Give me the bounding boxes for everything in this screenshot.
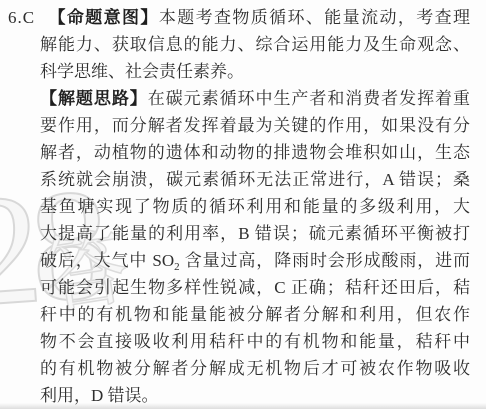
text-line: 可能会引起生物多样性锐减，C 正确；秸秆还田后，秸 [40,274,470,301]
line-text: 本题考查物质循环、能量流动，考查理 [159,8,470,27]
text-line: 科学思维、社会责任素养。 [40,58,470,85]
line-text: 破后，大气中 SO [40,251,174,270]
section-label-intent: 【命题意图】 [47,8,159,27]
line-text: 物不会直接吸收利用秸秆中的有机物和能量，秸秆中 [40,332,470,351]
line-text: 基鱼塘实现了物质的循环利用和能量的多级利用，大 [40,197,470,216]
text-line: 破后，大气中 SO2 含量过高，降雨时会形成酸雨，进而 [40,247,470,274]
text-line: 6.C【命题意图】本题考查物质循环、能量流动，考查理 [8,4,470,31]
scanned-answer-page: 28 答 6.C【命题意图】本题考查物质循环、能量流动，考查理 解能力、获取信息… [0,0,486,409]
line-text: 系统就会崩溃，碳元素循环无法正常进行，A 错误；桑 [40,170,470,189]
text-line: 秆中的有机物和能量能被分解者分解和利用，但农作 [40,301,470,328]
text-line: 解者，动植物的遗体和动物的排遗物会堆积如山，生态 [40,139,470,166]
line-text: 解者，动植物的遗体和动物的排遗物会堆积如山，生态 [40,143,470,162]
line-text: 大提高了能量的利用率，B 错误；硫元素循环平衡被打 [40,224,470,243]
text-line: 物不会直接吸收利用秸秆中的有机物和能量，秸秆中 [40,328,470,355]
text-line: 【解题思路】在碳元素循环中生产者和消费者发挥着重 [40,85,470,112]
line-text: 科学思维、社会责任素养。 [40,62,244,81]
line-text: 秆中的有机物和能量能被分解者分解和利用，但农作 [40,305,470,324]
section-label-approach: 【解题思路】 [40,89,148,108]
line-text: 要作用，而分解者发挥着最为关键的作用，如果没有分 [40,116,470,135]
text-line: 大提高了能量的利用率，B 错误；硫元素循环平衡被打 [40,220,470,247]
text-line: 的有机物被分解者分解成无机物后才可被农作物吸收 [40,355,470,382]
text-line: 基鱼塘实现了物质的循环利用和能量的多级利用，大 [40,193,470,220]
line-text: 解能力、获取信息的能力、综合运用能力及生命观念、 [40,35,470,54]
line-text: 含量过高，降雨时会形成酸雨，进而 [180,251,470,270]
line-text: 可能会引起生物多样性锐减，C 正确；秸秆还田后，秸 [40,278,470,297]
line-text: 在碳元素循环中生产者和消费者发挥着重 [148,89,470,108]
line-text: 的有机物被分解者分解成无机物后才可被农作物吸收 [40,359,470,378]
question-number-answer: 6.C [8,8,35,27]
scan-edge-shadow [0,403,486,409]
answer-explanation: 6.C【命题意图】本题考查物质循环、能量流动，考查理 解能力、获取信息的能力、综… [40,4,470,409]
text-line: 解能力、获取信息的能力、综合运用能力及生命观念、 [40,31,470,58]
text-line: 系统就会崩溃，碳元素循环无法正常进行，A 错误；桑 [40,166,470,193]
text-line: 要作用，而分解者发挥着最为关键的作用，如果没有分 [40,112,470,139]
